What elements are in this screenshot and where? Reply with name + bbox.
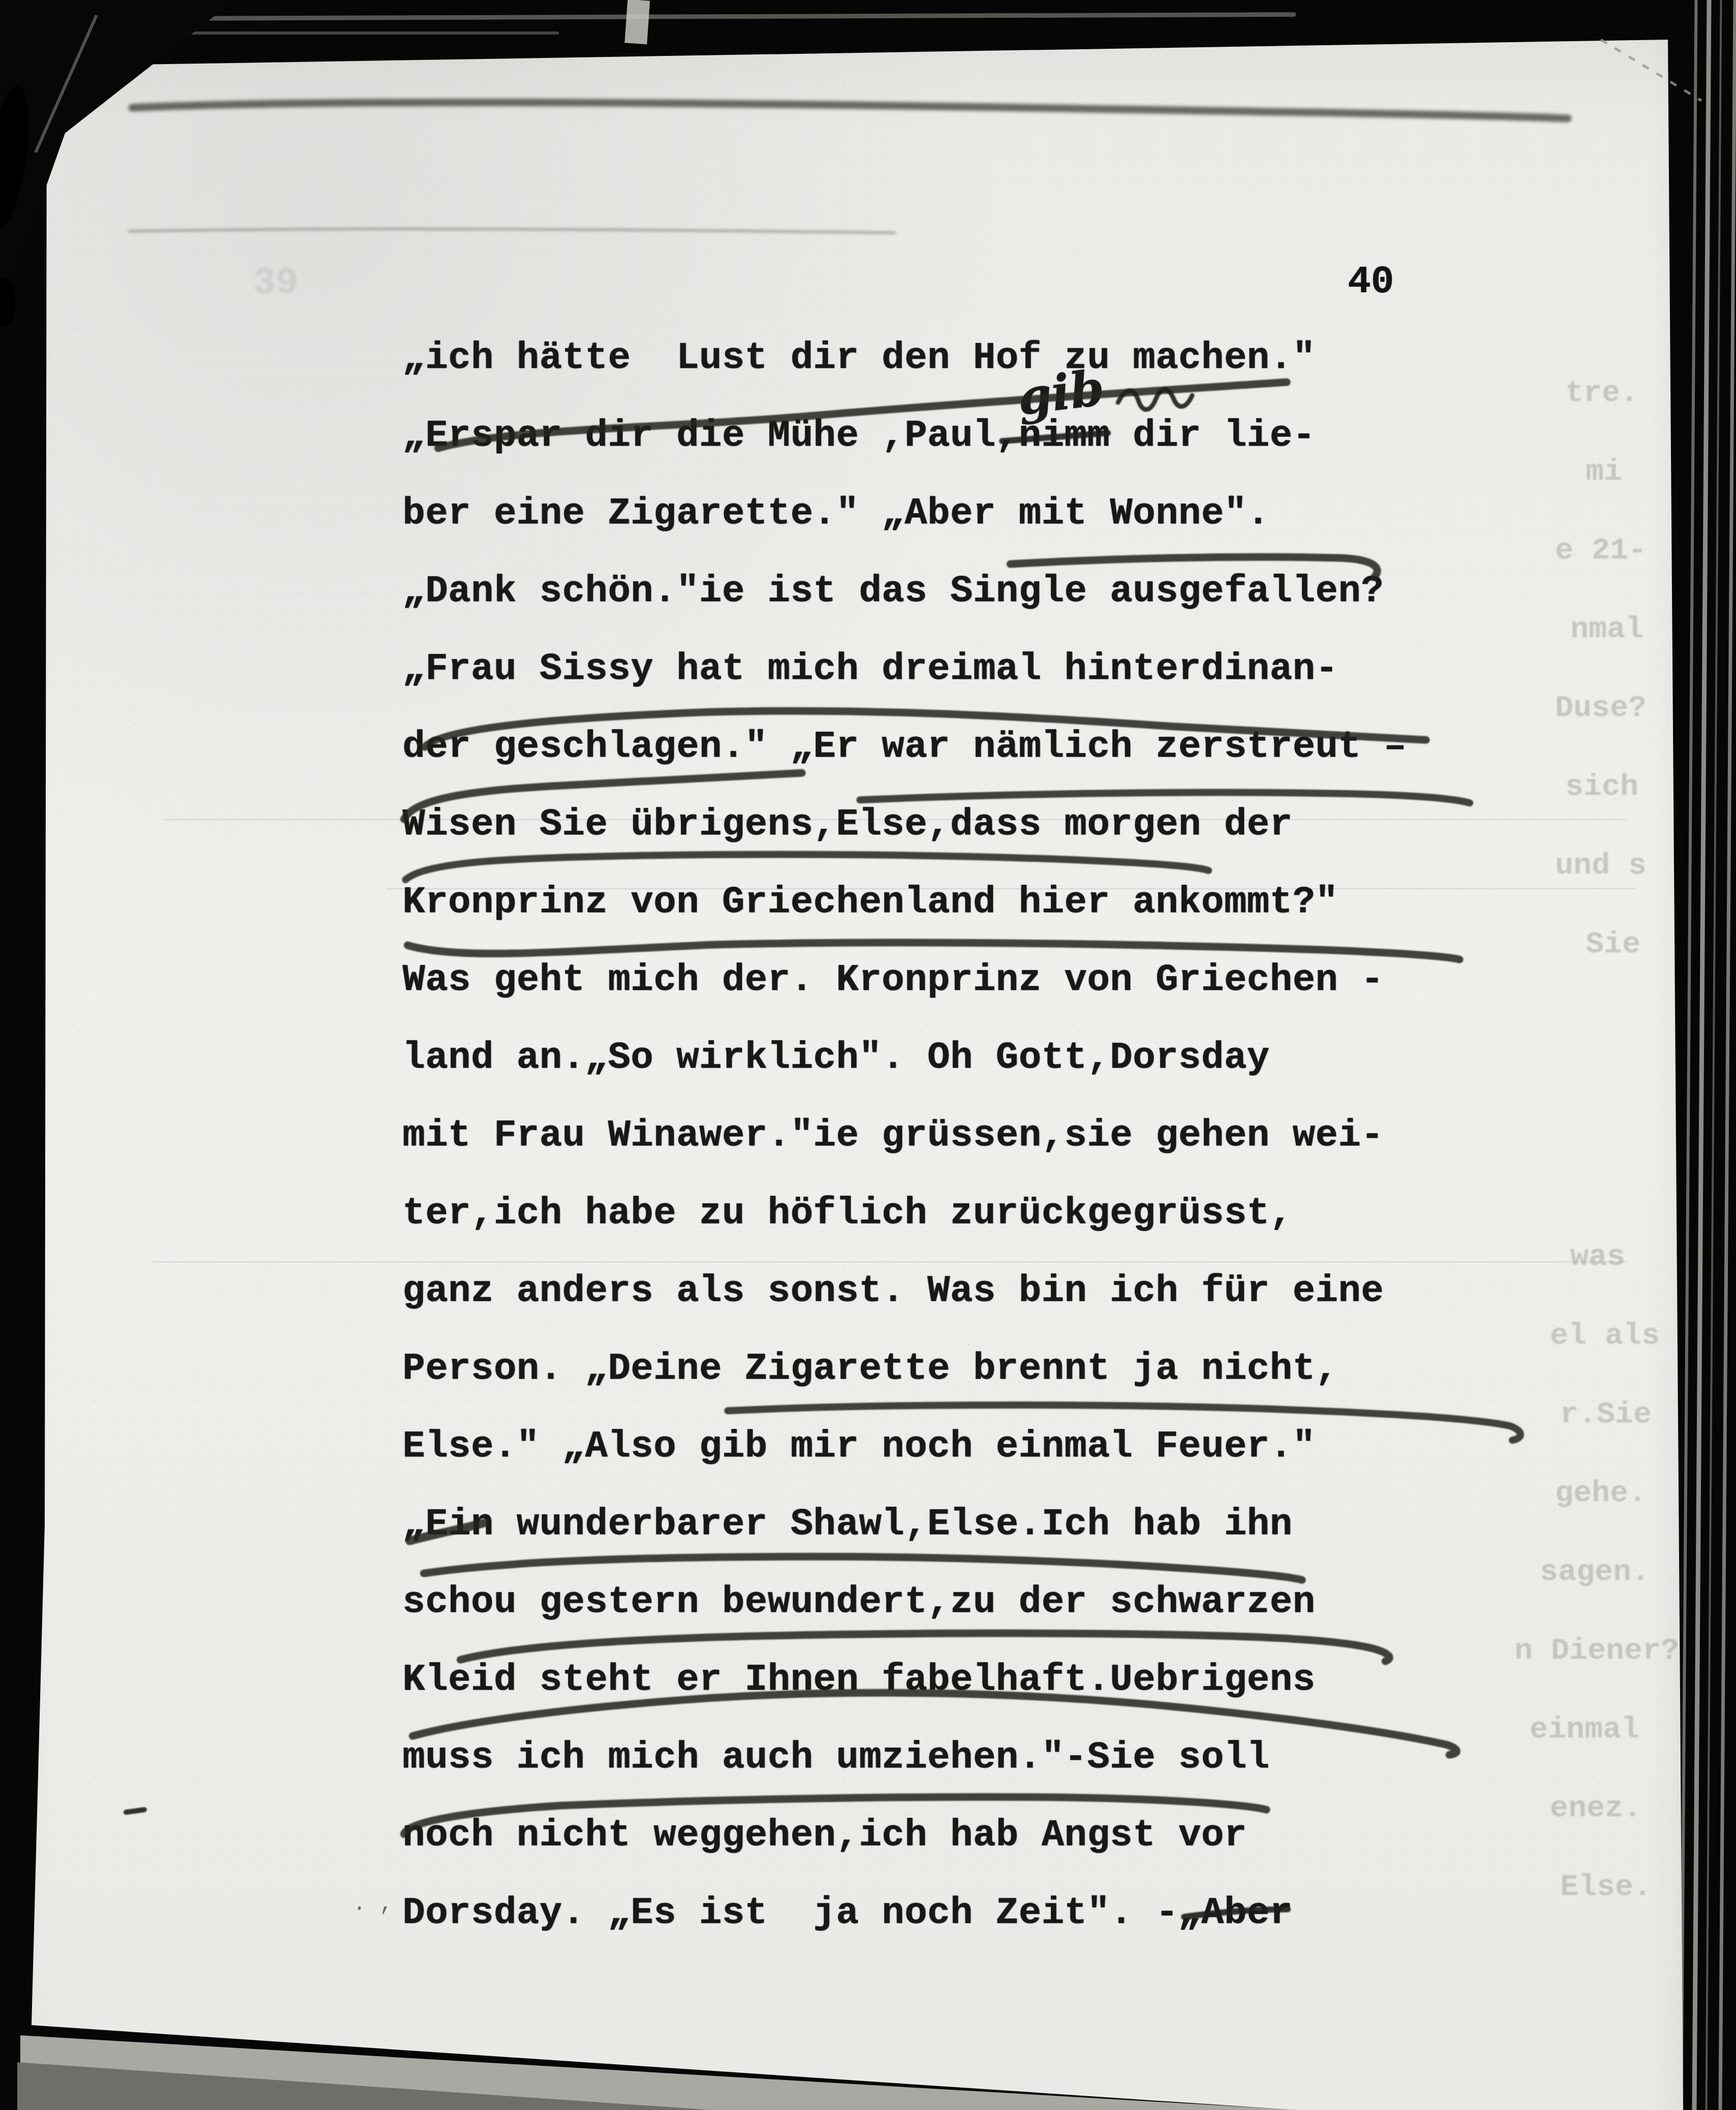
bleed-through-text: mi: [1586, 455, 1622, 489]
typescript-line: schou gestern bewundert,zu der schwarzen: [402, 1584, 1315, 1621]
typescript-line: der geschlagen." „Er war nämlich zerstre…: [402, 728, 1407, 766]
pencil-underline: [728, 1405, 1521, 1440]
typescript-line: land an.„So wirklich". Oh Gott,Dorsday: [402, 1039, 1269, 1077]
pencil-underline: [404, 773, 802, 819]
word-strikethrough-aber: [1184, 1909, 1288, 1917]
typescript-line: ter,ich habe zu höflich zurückgegrüsst,: [402, 1195, 1292, 1232]
bleed-through-text: r.Sie: [1560, 1398, 1652, 1432]
scan-artifact-line: [152, 1261, 1626, 1262]
pencil-underline: [860, 792, 1470, 803]
typescript-line: muss ich mich auch umziehen."-Sie soll: [402, 1739, 1269, 1777]
typescript-line: Else." „Also gib mir noch einmal Feuer.": [402, 1428, 1315, 1466]
bleed-through-text: Duse?: [1555, 691, 1647, 726]
bleed-through-text: was: [1570, 1240, 1625, 1275]
word-strikethrough-nimm: [1002, 433, 1108, 441]
bleed-through-text: e 21-: [1555, 534, 1647, 568]
sheet-shadow-line: [132, 102, 1568, 118]
typescript-line: Person. „Deine Zigarette brennt ja nicht…: [402, 1350, 1338, 1388]
bleed-through-text: tre.: [1565, 376, 1638, 411]
pencil-strike-line: [413, 1693, 1456, 1755]
typescript-line: Kleid steht er Ihnen fabelhaft.Uebrigens: [402, 1661, 1315, 1699]
page-crease-marks: [0, 0, 1736, 2110]
margin-dash: [126, 1810, 144, 1812]
sheet-edge-line: [76, 32, 559, 35]
sheet-edge-line: [152, 12, 1296, 21]
pencil-underline: [438, 382, 1287, 448]
handwritten-correction: gib: [1014, 359, 1107, 426]
bleed-through-text: nmal: [1570, 612, 1644, 647]
margin-dots: . ,: [353, 1891, 393, 1917]
page-stack-edge: [1719, 0, 1736, 2110]
typescript-line: ganz anders als sonst. Was bin ich für e…: [402, 1273, 1384, 1310]
typescript-line: noch nicht weggehen,ich hab Angst vor: [402, 1817, 1247, 1854]
ghost-page-number: 39: [253, 262, 298, 305]
pencil-underline: [408, 943, 1460, 959]
typescript-line: mit Frau Winawer."ie grüssen,sie gehen w…: [402, 1117, 1384, 1155]
typescript-line: Wisen Sie übrigens,Else,dass morgen der: [402, 806, 1292, 844]
bleed-through-text: Else.: [1560, 1870, 1652, 1905]
bleed-through-text: einmal: [1530, 1713, 1639, 1747]
handwritten-squiggle-mir: [1118, 389, 1192, 410]
pencil-underline: [406, 854, 1208, 880]
pencil-cross-mark: [410, 1523, 484, 1541]
manuscript-page: 39 40 „ich hätte Lust dir den Hof zu mac…: [0, 0, 1736, 2110]
scanned-typescript-page: { "doc": { "kind": "typewritten manuscri…: [0, 0, 1736, 2110]
typescript-line: „Frau Sissy hat mich dreimal hinterdinan…: [402, 650, 1338, 688]
typescript-line: ber eine Zigarette." „Aber mit Wonne".: [402, 495, 1269, 533]
pencil-underline: [1010, 557, 1377, 577]
pencil-underline: [424, 1557, 1302, 1580]
pencil-underline: [425, 711, 1426, 747]
pencil-underline: [460, 1633, 1389, 1661]
pencil-annotations: [0, 0, 1736, 2110]
page-number: 40: [1348, 260, 1394, 304]
typescript-line: „ich hätte Lust dir den Hof zu machen.": [402, 339, 1315, 377]
paper-sliver: [625, 0, 650, 44]
typescript-line: Dorsday. „Es ist ja noch Zeit". -„Aber: [402, 1895, 1292, 1932]
typescript-line: Kronprinz von Griechenland hier ankommt?…: [402, 884, 1338, 921]
bleed-through-text: gehe.: [1555, 1476, 1647, 1511]
typescript-line: Was geht mich der. Kronprinz von Grieche…: [402, 961, 1384, 999]
typescript-line: „Ein wunderbarer Shawl,Else.Ich hab ihn: [402, 1506, 1292, 1543]
scan-artifact-line: [386, 888, 1636, 889]
bleed-through-text: und s: [1555, 849, 1647, 883]
bleed-through-text: Sie: [1586, 927, 1640, 962]
bleed-through-text: n Diener?: [1514, 1634, 1679, 1668]
sheet-shadow-line: [130, 229, 894, 233]
scan-artifact-line: [163, 819, 1626, 820]
pencil-underline: [404, 1797, 1266, 1834]
bleed-through-text: sagen.: [1540, 1555, 1650, 1590]
bleed-through-text: sich: [1565, 770, 1638, 804]
typescript-line: „Erspar dir die Mühe ,Paul,nimm dir lie-: [402, 417, 1315, 455]
bleed-through-text: enez.: [1550, 1791, 1641, 1826]
typescript-line: „Dank schön."ie ist das Single ausgefall…: [402, 573, 1384, 610]
bleed-through-text: el als: [1550, 1319, 1660, 1353]
